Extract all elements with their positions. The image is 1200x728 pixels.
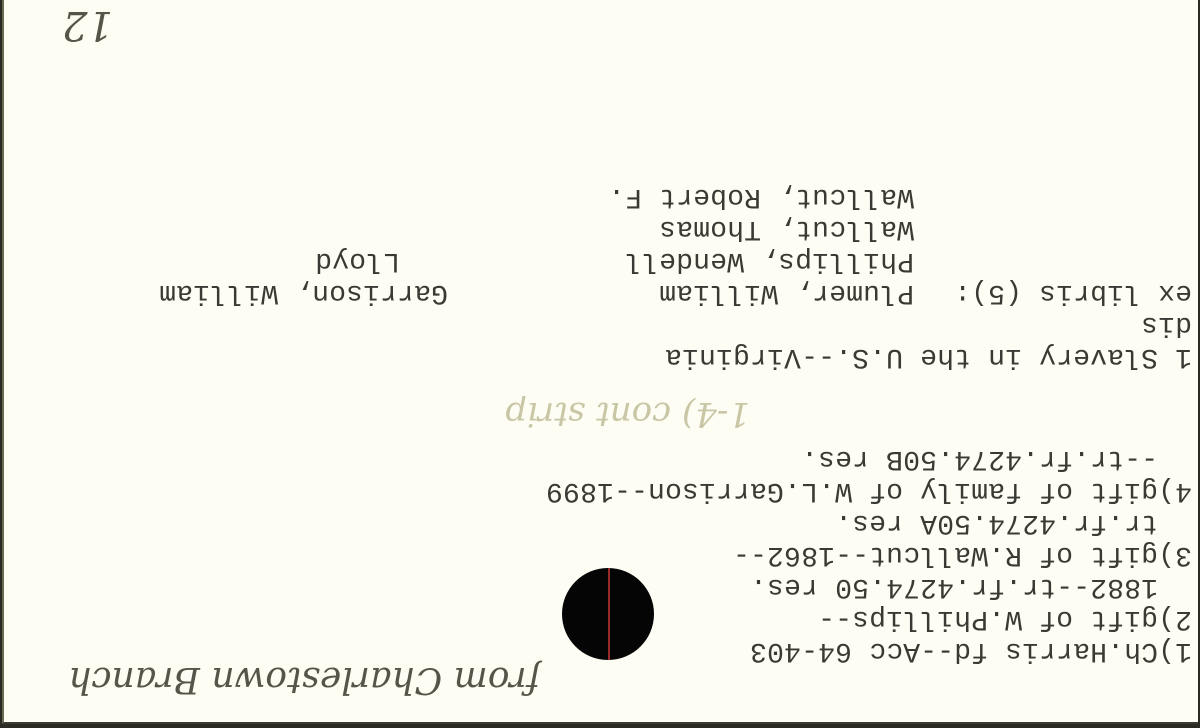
provenance-line-6: 4)gift of family of W.L.Garrison--1899 (546, 475, 1192, 506)
provenance-line-4: 3)gift of R.Wallcut--1862-- (733, 539, 1192, 570)
red-margin-line (608, 568, 610, 660)
ex-libris-label: ex libris (5): (954, 277, 1192, 308)
subject-sub: dis (1141, 309, 1192, 340)
provenance-line-2: 2)gift of W.Phillips-- (818, 603, 1192, 634)
ex-libris-name-2: Phillips, Wendell (625, 245, 914, 276)
catalog-card: 12 1)Ch.Harris fd--Acc 64-403 2)gift of … (2, 0, 1198, 724)
provenance-line-7: --tr.fr.4274.50B res. (801, 443, 1192, 474)
provenance-line-1: 1)Ch.Harris fd--Acc 64-403 (750, 635, 1192, 666)
ex-libris-name-4: Wallcut, Robert F. (608, 181, 914, 212)
provenance-line-3: 1882--tr.fr.4274.50 res. (750, 571, 1192, 602)
ex-libris-name-3: Wallcut, Thomas (659, 213, 914, 244)
corner-number: 12 (62, 2, 113, 48)
pencil-note: 1-4) cont strip (505, 394, 750, 434)
ex-libris-garrison-cont: Lloyd (315, 245, 400, 276)
subject-tracing: 1 Slavery in the U.S.--Virginia (665, 341, 1192, 372)
ex-libris-garrison: Garrison, William (159, 277, 448, 308)
ex-libris-name-1: Plumer, William (659, 277, 914, 308)
card-content-rotated: 12 1)Ch.Harris fd--Acc 64-403 2)gift of … (4, 0, 1200, 724)
provenance-line-5: tr.fr.4274.50A res. (835, 507, 1192, 538)
handwritten-note: from Charlestown Branch (68, 659, 540, 700)
